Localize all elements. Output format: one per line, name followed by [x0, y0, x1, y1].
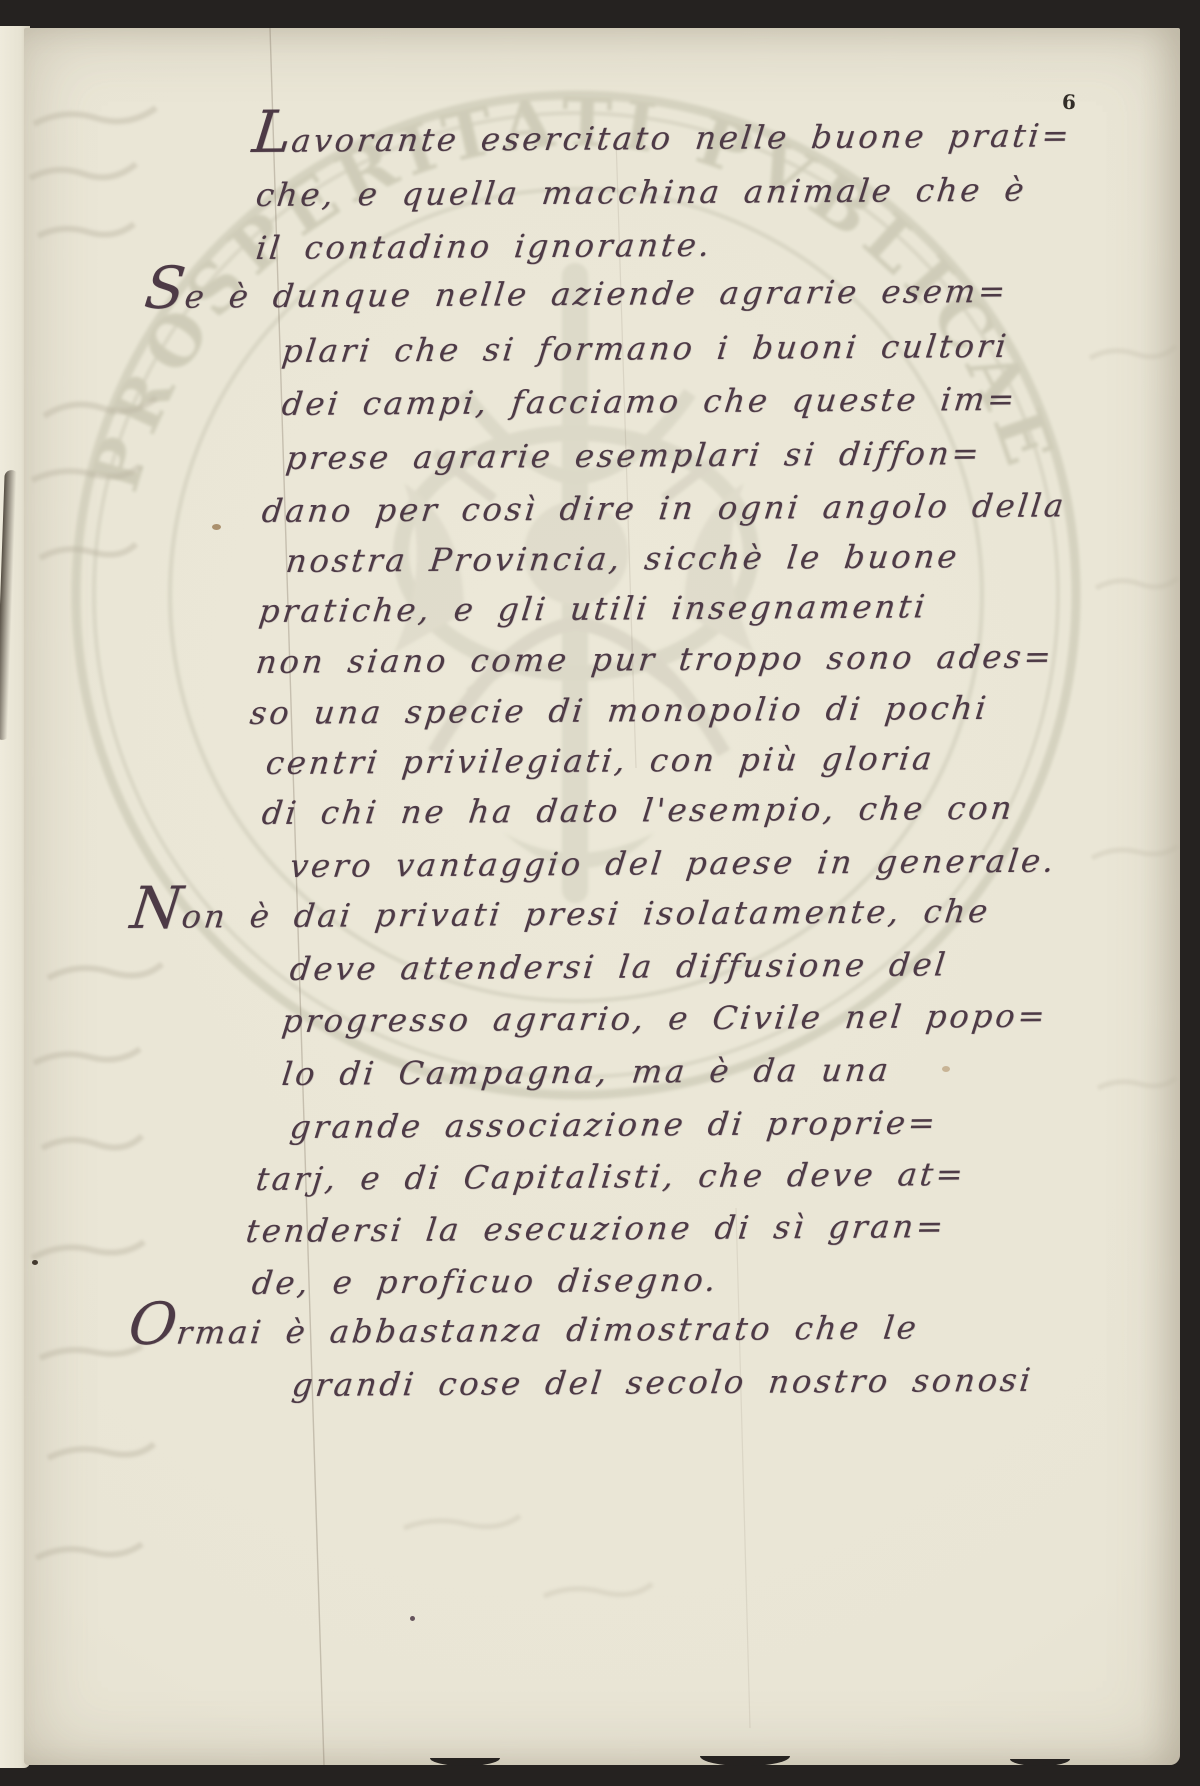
- ink-dot: [410, 1616, 415, 1621]
- ink-dot: [32, 1260, 38, 1265]
- manuscript-line: vero vantaggio del paese in generale.: [288, 844, 1058, 885]
- manuscript-line: dano per così dire in ogni angolo della: [260, 488, 1068, 529]
- page-number: 6: [1062, 90, 1077, 114]
- manuscript-line: prese agrarie esemplari si diffon=: [284, 436, 984, 476]
- manuscript-line: deve attendersi la diffusione del: [288, 947, 950, 987]
- manuscript-line: tarj, e di Capitalisti, che deve at=: [254, 1157, 968, 1197]
- paper-stain: [942, 1066, 950, 1072]
- manuscript-line: grande associazione di proprie=: [288, 1105, 940, 1145]
- manuscript-line: de, e proficuo disegno.: [250, 1263, 720, 1301]
- manuscript-line: di chi ne ha dato l'esempio, che con: [260, 791, 1016, 831]
- manuscript-line: nostra Provincia, sicchè le buone: [284, 539, 961, 579]
- manuscript-line: pratiche, e gli utili insegnamenti: [257, 589, 929, 629]
- paper-stain: [212, 524, 221, 530]
- manuscript-line: Ormai è abbastanza dimostrato che le: [126, 1310, 921, 1351]
- manuscript-line: lo di Campagna, ma è da una: [280, 1053, 893, 1092]
- manuscript-line: Non è dai privati presi isolatamente, ch…: [128, 894, 992, 935]
- manuscript-line: che, e quella macchina animale che è: [254, 173, 1029, 214]
- manuscript-line: non siano come pur troppo sono ades=: [254, 639, 1056, 680]
- manuscript-line: il contadino ignorante.: [254, 228, 714, 266]
- manuscript-line: centri privilegiati, con più gloria: [264, 741, 936, 781]
- manuscript-line: progresso agrario, e Civile nel popo=: [280, 999, 1050, 1040]
- manuscript-line: dei campi, facciamo che queste im=: [280, 382, 1019, 422]
- manuscript-line: plari che si formano i buoni cultori: [280, 329, 1011, 369]
- scanned-document: PROSPERITATI PVBLICAE: [0, 0, 1200, 1786]
- manuscript-line: tendersi la esecuzione di sì gran=: [244, 1209, 948, 1249]
- manuscript-page: PROSPERITATI PVBLICAE: [24, 28, 1180, 1765]
- manuscript-line: grandi cose del secolo nostro sonosi: [290, 1363, 1035, 1403]
- manuscript-line: so una specie di monopolio di pochi: [248, 691, 991, 731]
- manuscript-line: Lavorante esercitato nelle buone prati=: [250, 118, 1074, 159]
- manuscript-line: Se è dunque nelle aziende agrarie esem=: [142, 274, 1010, 315]
